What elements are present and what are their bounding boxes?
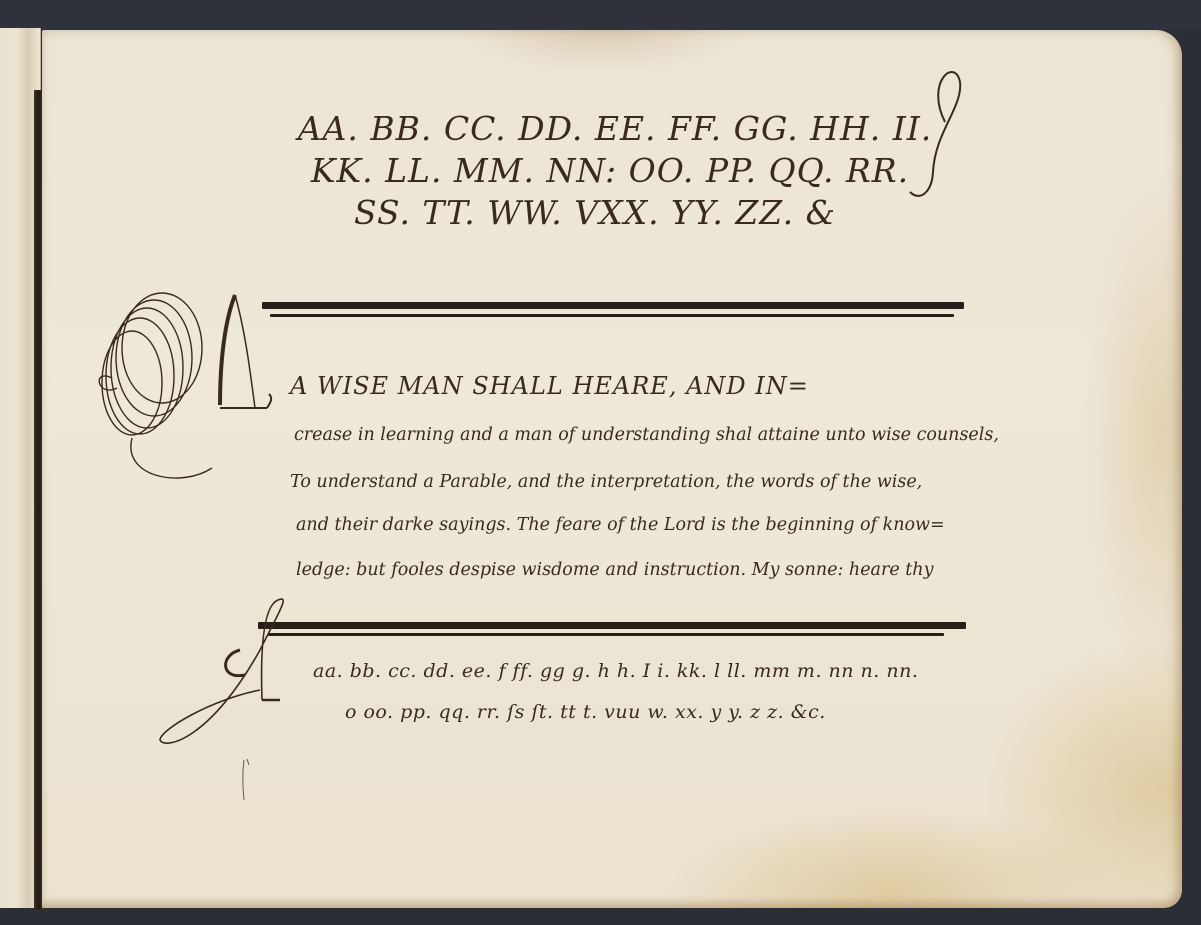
ornamental-rule-thick [258,622,966,629]
drop-cap-a [205,290,275,420]
flourish-ornament [905,62,965,212]
headline: A WISE MAN SHALL HEARE, AND IN= [290,372,970,400]
flourish-capital-a [150,590,290,760]
lowercase-alphabet-line: o oo. pp. qq. rr. ſs ſt. tt t. vuu w. xx… [345,701,826,723]
ornamental-rule-thick [262,302,964,309]
ornamental-rule-thin [270,314,954,317]
paragraph-line: and their darke sayings. The feare of th… [296,515,945,535]
paragraph-line: crease in learning and a man of understa… [294,425,999,445]
paragraph-line: To understand a Parable, and the interpr… [290,472,922,492]
backdrop [0,0,1201,30]
uppercase-line: AA. BB. CC. DD. EE. FF. GG. HH. II. [255,108,975,150]
uppercase-line: SS. TT. WW. VXX. YY. ZZ. & [215,192,975,234]
stray-pen-mark [236,755,252,805]
uppercase-alphabet: AA. BB. CC. DD. EE. FF. GG. HH. II. KK. … [255,108,975,234]
knotwork-flourish-icon [92,288,222,488]
lowercase-alphabet-line: aa. bb. cc. dd. ee. f ff. gg g. h h. I i… [313,660,918,682]
ornamental-rule-thin [268,633,944,636]
paragraph-line: ledge: but fooles despise wisdome and in… [296,560,933,580]
uppercase-line: KK. LL. MM. NN: OO. PP. QQ. RR. [245,150,975,192]
